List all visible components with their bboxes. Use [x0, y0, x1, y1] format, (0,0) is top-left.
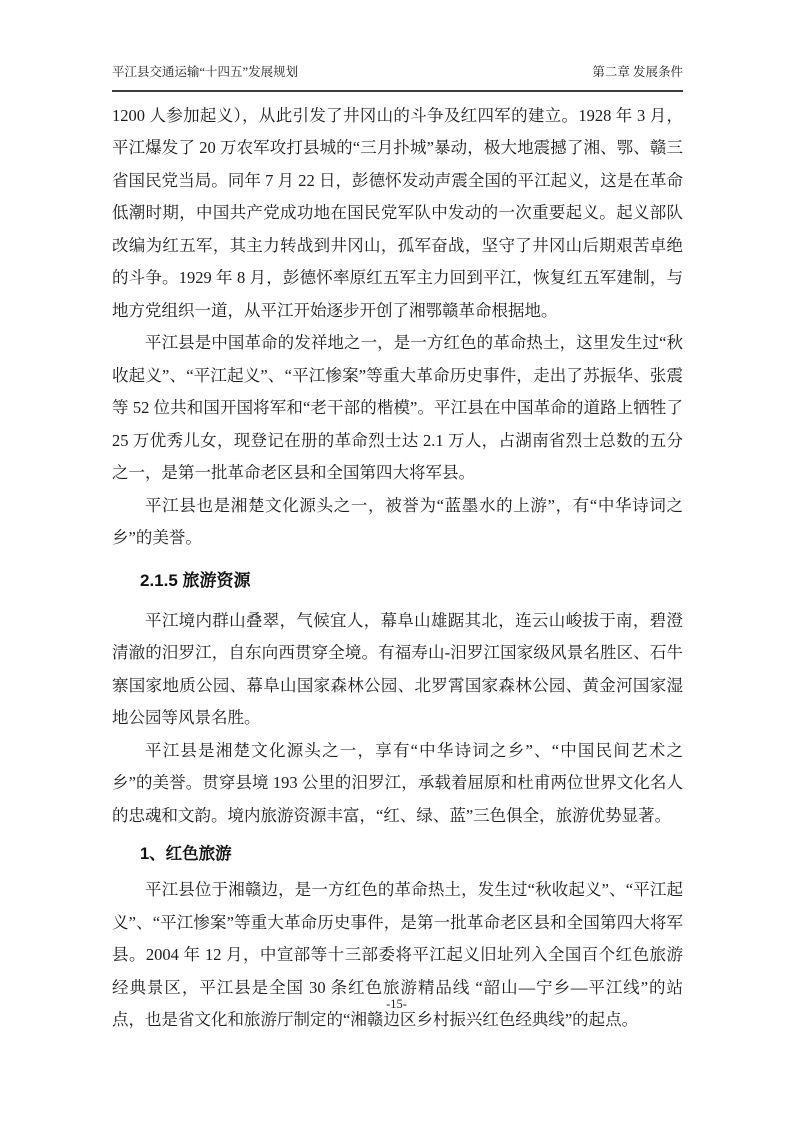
page-number: -15-: [386, 997, 407, 1011]
section-heading-tourism-resources: 2.1.5 旅游资源: [112, 568, 683, 594]
paragraph-culture-and-tourism: 平江县是湘楚文化源头之一，享有“中华诗词之乡”、“中国民间艺术之乡”的美誉。贯穿…: [112, 735, 683, 833]
header-chapter-title: 第二章 发展条件: [592, 65, 683, 81]
paragraph-scenic-spots: 平江境内群山叠翠，气候宜人，幕阜山雄踞其北，连云山峻拔于南，碧澄清澈的汨罗江，自…: [112, 605, 683, 735]
document-body: 1200 人参加起义），从此引发了井冈山的斗争及红四军的建立。1928 年 3 …: [112, 92, 683, 1037]
paragraph-red-army-history: 1200 人参加起义），从此引发了井冈山的斗争及红四军的建立。1928 年 3 …: [112, 100, 683, 328]
page-footer: -15-: [0, 997, 793, 1012]
header-document-title: 平江县交通运输“十四五”发展规划: [112, 65, 298, 81]
paragraph-xiangchu-culture: 平江县也是湘楚文化源头之一，被誉为“蓝墨水的上游”，有“中华诗词之乡”的美誉。: [112, 490, 683, 555]
page-header: 平江县交通运输“十四五”发展规划 第二章 发展条件: [112, 0, 683, 92]
paragraph-revolution-birthplace: 平江县是中国革命的发祥地之一，是一方红色的革命热土，这里发生过“秋收起义”、“平…: [112, 327, 683, 490]
document-page: 平江县交通运输“十四五”发展规划 第二章 发展条件 1200 人参加起义），从此…: [0, 0, 793, 1122]
sub-heading-red-tourism: 1、红色旅游: [112, 841, 683, 867]
paragraph-red-tourism-detail: 平江县位于湘赣边，是一方红色的革命热土，发生过“秋收起义”、“平江起义”、“平江…: [112, 874, 683, 1037]
